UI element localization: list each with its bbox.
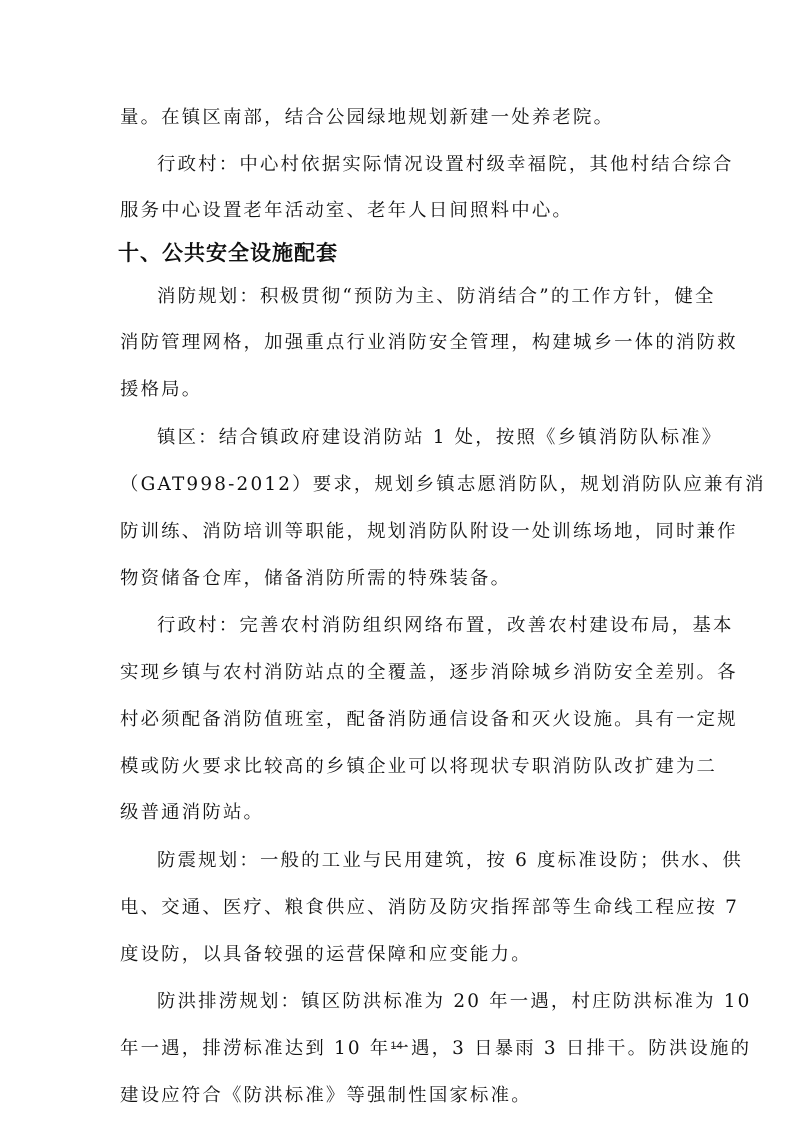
paragraph-line: （GAT998-2012）要求，规划乡镇志愿消防队，规划消防队应兼有消	[120, 473, 766, 497]
paragraph-line: 模或防火要求比较高的乡镇企业可以将现状专职消防队改扩建为二	[120, 755, 717, 779]
paragraph-line: 防震规划：一般的工业与民用建筑，按 6 度标准设防；供水、供	[157, 849, 743, 873]
paragraph-line: 村必须配备消防值班室，配备消防通信设备和灭火设施。具有一定规	[120, 708, 738, 732]
section-heading: 十、公共安全设施配套	[118, 237, 338, 267]
paragraph-line: 建设应符合《防洪标准》等强制性国家标准。	[120, 1084, 532, 1108]
paragraph-line: 实现乡镇与农村消防站点的全覆盖，逐步消除城乡消防安全差别。各	[120, 661, 738, 685]
paragraph-line: 物资储备仓库，储备消防所需的特殊装备。	[120, 567, 511, 591]
paragraph-line: 消防管理网格，加强重点行业消防安全管理，构建城乡一体的消防救	[120, 331, 738, 355]
paragraph-line: 行政村：中心村依据实际情况设置村级幸福院，其他村结合综合	[157, 153, 734, 177]
paragraph-line: 度设防，以具备较强的运营保障和应变能力。	[120, 943, 532, 967]
paragraph-line: 消防规划：积极贯彻“预防为主、防消结合”的工作方针，健全	[157, 285, 716, 309]
paragraph-line: 服务中心设置老年活动室、老年人日间照料中心。	[120, 199, 573, 223]
paragraph-line: 防洪排涝规划：镇区防洪标准为 20 年一遇，村庄防洪标准为 10	[157, 990, 752, 1014]
paragraph-line: 量。在镇区南部，结合公园绿地规划新建一处养老院。	[120, 106, 614, 130]
page-number: 14	[0, 1040, 793, 1052]
paragraph-line: 防训练、消防培训等职能，规划消防队附设一处训练场地，同时兼作	[120, 520, 738, 544]
paragraph-line: 援格局。	[120, 378, 202, 402]
paragraph-line: 镇区：结合镇政府建设消防站 1 处，按照《乡镇消防队标准》	[157, 426, 722, 450]
paragraph-line: 级普通消防站。	[120, 801, 264, 825]
paragraph-line: 行政村：完善农村消防组织网络布置，改善农村建设布局，基本	[157, 614, 734, 638]
paragraph-line: 电、交通、医疗、粮食供应、消防及防灾指挥部等生命线工程应按 7	[120, 896, 739, 920]
